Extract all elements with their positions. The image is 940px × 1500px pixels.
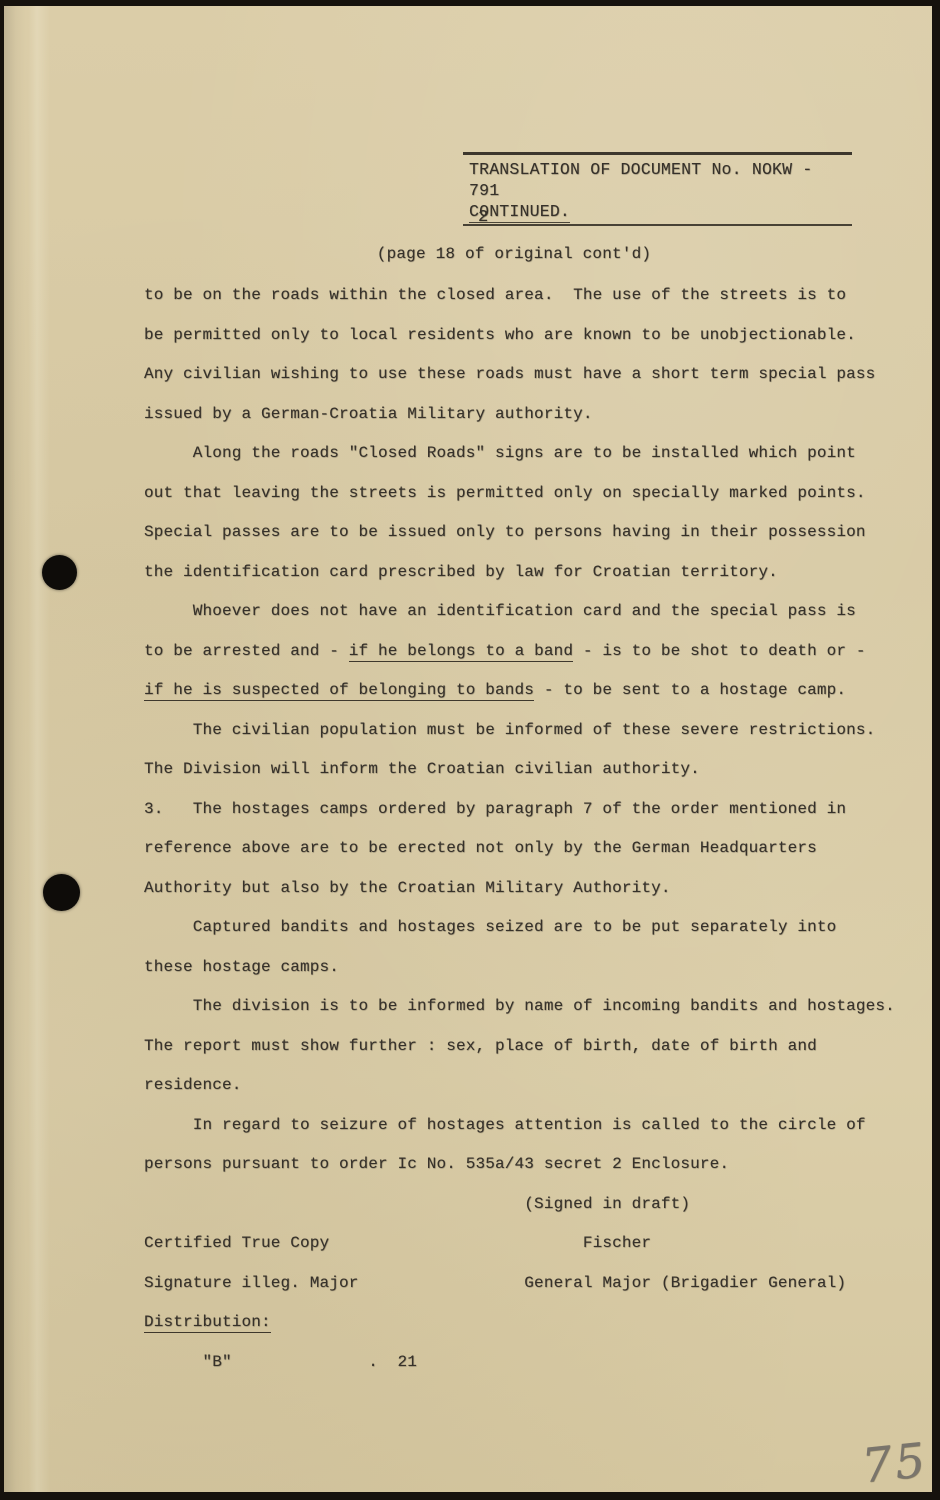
document-line: these hostage camps. (144, 948, 914, 988)
document-line: The Division will inform the Croatian ci… (144, 750, 914, 790)
document-body: to be on the roads within the closed are… (144, 276, 914, 1382)
document-line: Any civilian wishing to use these roads … (144, 355, 914, 395)
scanned-document-page: TRANSLATION OF DOCUMENT No. NOKW - 791 C… (4, 6, 932, 1492)
document-line: be permitted only to local residents who… (144, 316, 914, 356)
page-number: 2 (478, 208, 488, 227)
document-line: Whoever does not have an identification … (144, 592, 914, 632)
document-line: Authority but also by the Croatian Milit… (144, 869, 914, 909)
document-line: Signature illeg. Major General Major (Br… (144, 1264, 914, 1304)
document-line: Distribution: (144, 1303, 914, 1343)
document-line: Captured bandits and hostages seized are… (144, 908, 914, 948)
document-line: "B" . 21 (144, 1343, 914, 1383)
header-continued: CONTINUED. (469, 201, 852, 222)
underlined-phrase: Distribution: (144, 1313, 271, 1333)
hole-punch-top (42, 555, 77, 590)
document-line: persons pursuant to order Ic No. 535a/43… (144, 1145, 914, 1185)
document-line: (Signed in draft) (144, 1185, 914, 1225)
document-header: TRANSLATION OF DOCUMENT No. NOKW - 791 C… (463, 152, 852, 226)
document-line: issued by a German-Croatia Military auth… (144, 395, 914, 435)
document-line: to be on the roads within the closed are… (144, 276, 914, 316)
document-line: residence. (144, 1066, 914, 1106)
handwritten-folio-number: 75 (859, 1433, 930, 1495)
document-line: Along the roads "Closed Roads" signs are… (144, 434, 914, 474)
document-line: if he is suspected of belonging to bands… (144, 671, 914, 711)
document-line: The report must show further : sex, plac… (144, 1027, 914, 1067)
document-line: 3. The hostages camps ordered by paragra… (144, 790, 914, 830)
document-line: the identification card prescribed by la… (144, 553, 914, 593)
original-page-note: (page 18 of original cont'd) (144, 245, 884, 263)
hole-punch-bottom (43, 874, 80, 911)
underlined-phrase: if he belongs to a band (349, 642, 573, 662)
document-line: reference above are to be erected not on… (144, 829, 914, 869)
header-title: TRANSLATION OF DOCUMENT No. NOKW - 791 (469, 159, 852, 201)
document-line: to be arrested and - if he belongs to a … (144, 632, 914, 672)
underlined-phrase: if he is suspected of belonging to bands (144, 681, 534, 701)
document-line: Certified True Copy Fischer (144, 1224, 914, 1264)
document-line: out that leaving the streets is permitte… (144, 474, 914, 514)
document-line: In regard to seizure of hostages attenti… (144, 1106, 914, 1146)
document-line: Special passes are to be issued only to … (144, 513, 914, 553)
document-line: The civilian population must be informed… (144, 711, 914, 751)
document-line: The division is to be informed by name o… (144, 987, 914, 1027)
